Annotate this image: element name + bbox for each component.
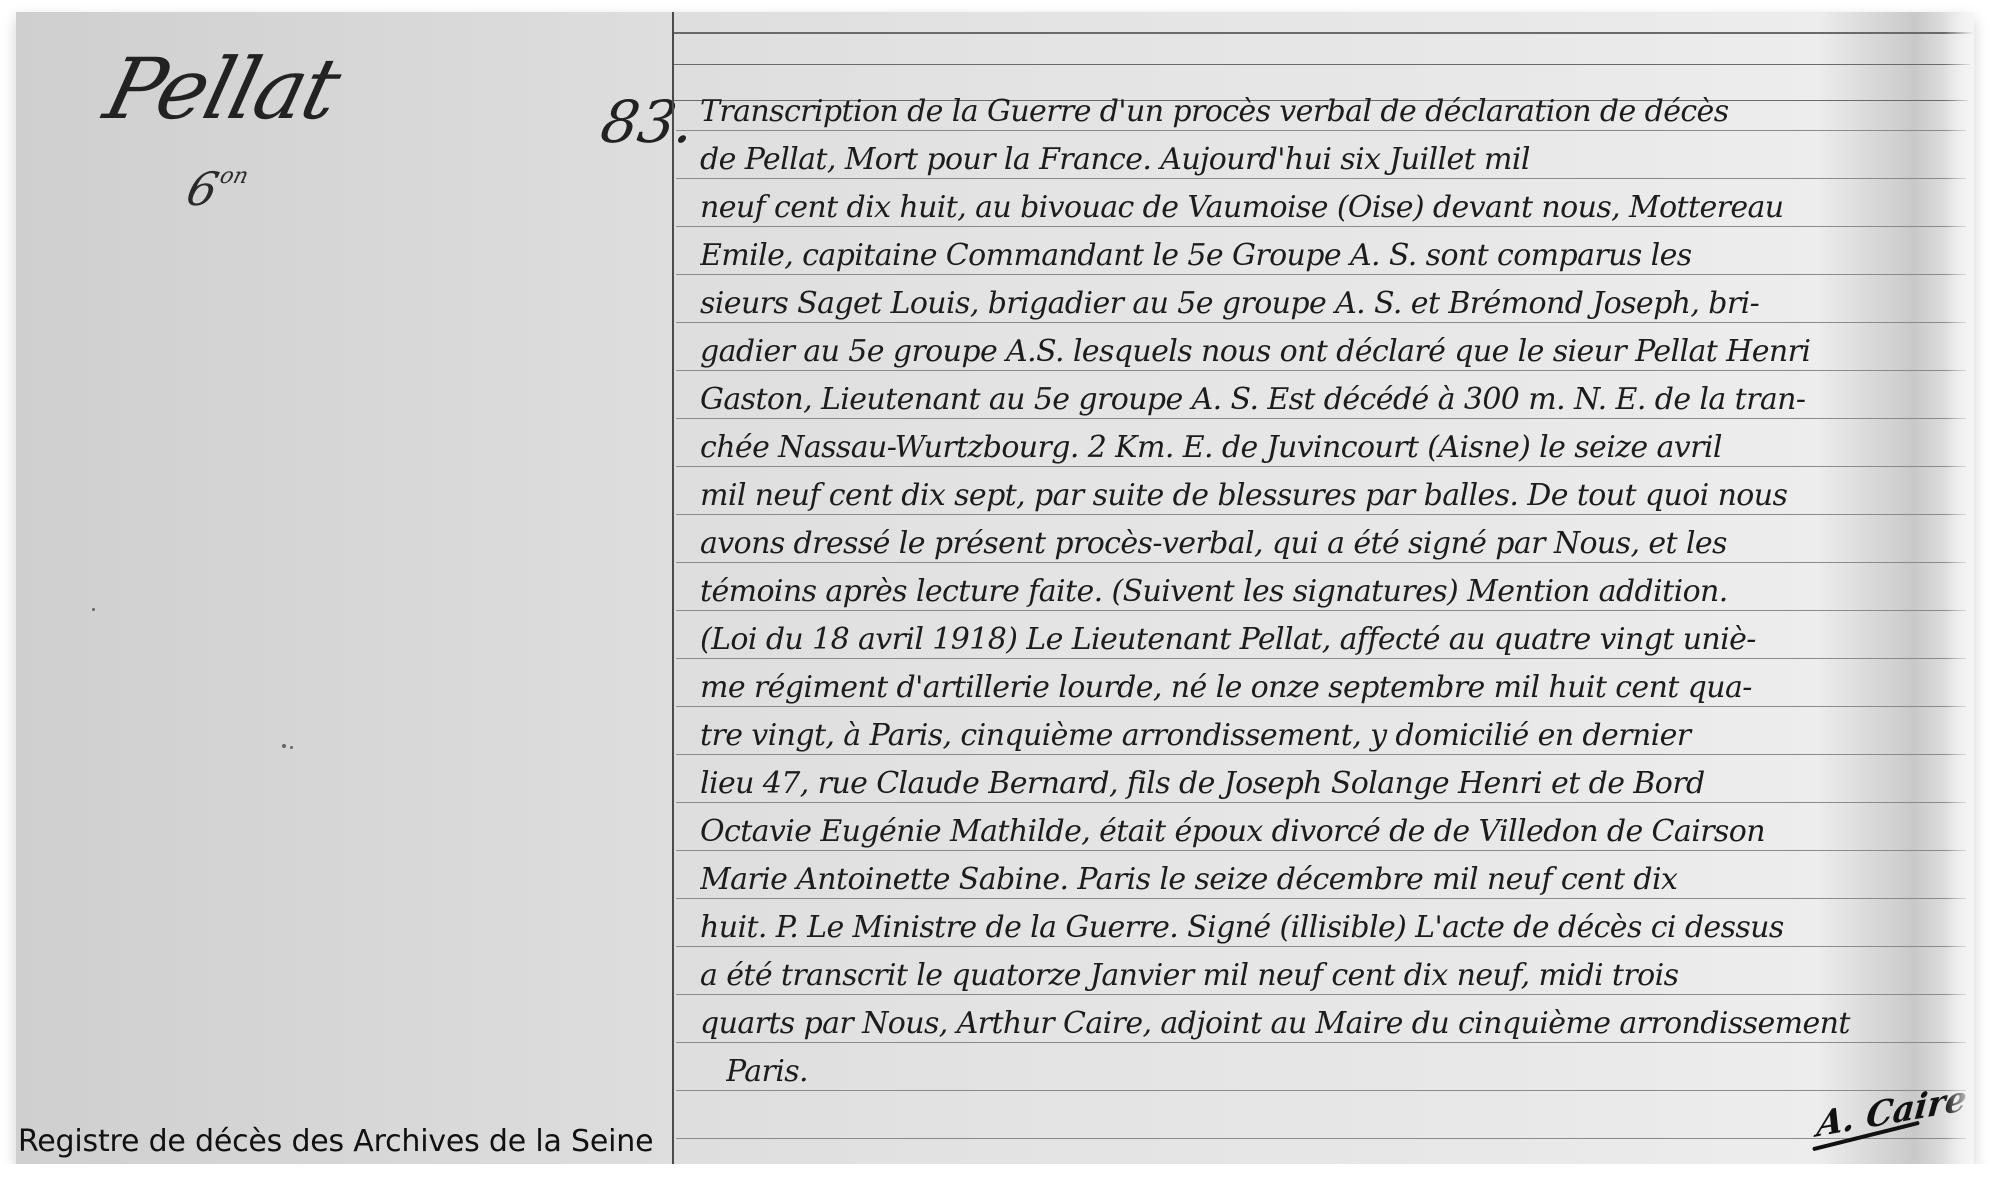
act-text-line: me régiment d'artillerie lourde, né le o… (700, 670, 1970, 706)
ruled-line (676, 274, 1966, 275)
act-text-line: lieu 47, rue Claude Bernard, fils de Jos… (700, 766, 1970, 802)
ruled-line (676, 226, 1966, 227)
act-text-line: Marie Antoinette Sabine. Paris le seize … (700, 862, 1970, 898)
act-text-line: Gaston, Lieutenant au 5e groupe A. S. Es… (700, 382, 1970, 418)
ruled-line (676, 946, 1966, 947)
act-text-line: Paris. (726, 1054, 1996, 1090)
margin-column: Pellat 6on 83. (16, 12, 672, 1168)
ruled-line (676, 178, 1966, 179)
ruled-line (676, 898, 1966, 899)
act-text-line: gadier au 5e groupe A.S. lesquels nous o… (700, 334, 1970, 370)
act-text-line: Octavie Eugénie Mathilde, était époux di… (700, 814, 1970, 850)
margin-arrondissement: 6on (181, 162, 251, 216)
paper-speck (282, 744, 286, 748)
ruled-line (676, 802, 1966, 803)
image-caption: Registre de décès des Archives de la Sei… (18, 1124, 653, 1159)
register-page: Pellat 6on 83. Transcription de la (16, 12, 1974, 1168)
act-text-line: sieurs Saget Louis, brigadier au 5e grou… (700, 286, 1970, 322)
act-text-line: tre vingt, à Paris, cinquième arrondisse… (700, 718, 1970, 754)
act-number: 83. (596, 88, 700, 156)
ruled-line (676, 1138, 1966, 1139)
margin-surname: Pellat (96, 40, 348, 138)
margin-rule (672, 12, 674, 1168)
act-text-line: huit. P. Le Ministre de la Guerre. Signé… (700, 910, 1970, 946)
ruled-line (676, 466, 1966, 467)
arrondissement-number: 6 (181, 162, 224, 216)
ruled-line (676, 130, 1966, 131)
paper-speck (92, 608, 95, 611)
act-text-line: (Loi du 18 avril 1918) Le Lieutenant Pel… (700, 622, 1970, 658)
ruled-line (676, 322, 1966, 323)
ruled-line (676, 994, 1966, 995)
act-text-line: chée Nassau-Wurtzbourg. 2 Km. E. de Juvi… (700, 430, 1970, 466)
ruled-line (676, 1090, 1966, 1091)
header-rule-middle (674, 64, 1970, 65)
ruled-line (676, 514, 1966, 515)
paper-speck (290, 746, 293, 749)
act-text-line: neuf cent dix huit, au bivouac de Vaumoi… (700, 190, 1970, 226)
caption-background (0, 1164, 2000, 1186)
ruled-line (676, 370, 1966, 371)
ruled-line (676, 418, 1966, 419)
ruled-line (676, 658, 1966, 659)
header-rule-top (674, 32, 1974, 34)
arrondissement-suffix: on (217, 164, 251, 189)
act-text-line: Emile, capitaine Commandant le 5e Groupe… (700, 238, 1970, 274)
act-text-line: quarts par Nous, Arthur Caire, adjoint a… (700, 1006, 1970, 1042)
ruled-line (676, 562, 1966, 563)
ruled-line (676, 754, 1966, 755)
ruled-line (676, 1042, 1966, 1043)
act-text-line: a été transcrit le quatorze Janvier mil … (700, 958, 1970, 994)
ruled-line (676, 706, 1966, 707)
act-text-line: Transcription de la Guerre d'un procès v… (700, 94, 1970, 130)
act-text-line: témoins après lecture faite. (Suivent le… (700, 574, 1970, 610)
act-text-line: de Pellat, Mort pour la France. Aujourd'… (700, 142, 1970, 178)
ruled-line (676, 850, 1966, 851)
ruled-line (676, 610, 1966, 611)
act-text-line: mil neuf cent dix sept, par suite de ble… (700, 478, 1970, 514)
act-text-line: avons dressé le présent procès-verbal, q… (700, 526, 1970, 562)
